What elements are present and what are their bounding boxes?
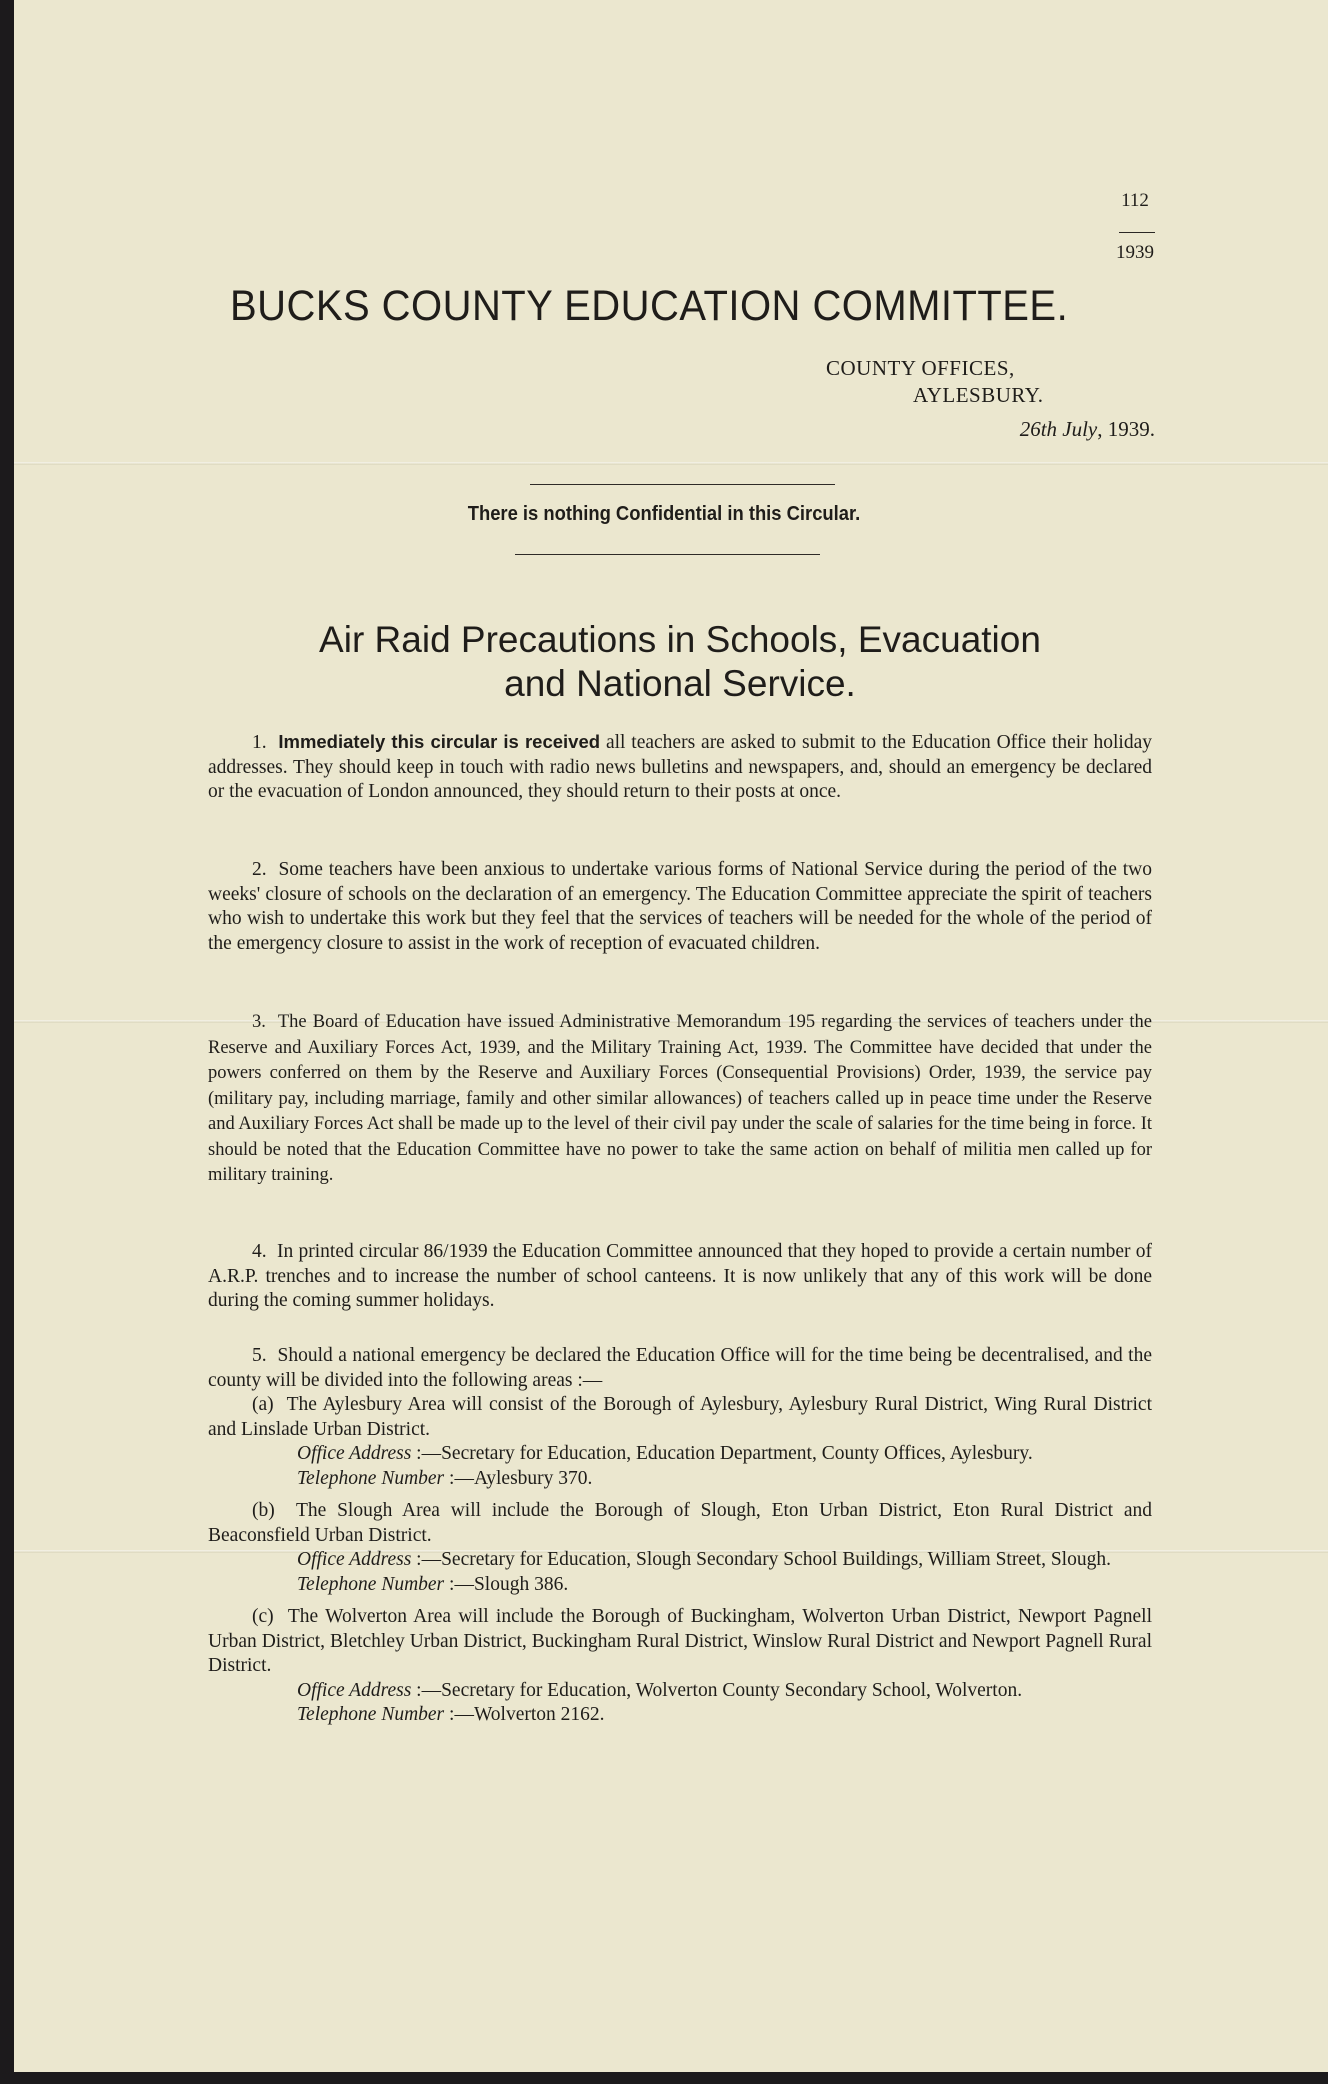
office-address: Office Address :—Secretary for Education… [208, 1442, 1152, 1467]
paragraph-number: 5. [252, 1345, 267, 1366]
paragraph-number: 4. [252, 1241, 267, 1262]
area-description: The Wolverton Area will include the Boro… [208, 1606, 1152, 1676]
paragraph-3: 3. The Board of Education have issued Ad… [208, 1010, 1152, 1189]
paragraph-text: Should a national emergency be declared … [208, 1345, 1152, 1391]
address-line-2: AYLESBURY. [913, 383, 1043, 408]
area-letter: (b) [252, 1500, 275, 1521]
paragraph-text: Some teachers have been anxious to under… [208, 859, 1152, 954]
area-letter: (a) [252, 1394, 274, 1415]
office-address: Office Address :—Secretary for Education… [208, 1679, 1152, 1704]
paragraph-5: 5. Should a national emergency be declar… [208, 1344, 1152, 1728]
telephone-number: Telephone Number :—Aylesbury 370. [208, 1467, 1152, 1492]
area-c: (c) The Wolverton Area will include the … [208, 1605, 1152, 1728]
date-year: , 1939. [1097, 417, 1155, 441]
confidentiality-notice: There is nothing Confidential in this Ci… [53, 503, 1275, 526]
area-b: (b) The Slough Area will include the Bor… [208, 1499, 1152, 1597]
area-letter: (c) [252, 1606, 274, 1627]
circular-title: Air Raid Precautions in Schools, Evacuat… [0, 618, 1328, 706]
area-description: The Slough Area will include the Borough… [208, 1500, 1152, 1546]
telephone-number: Telephone Number :—Slough 386. [208, 1573, 1152, 1598]
paragraph-text: The Board of Education have issued Admin… [208, 1012, 1152, 1185]
paragraph-text: In printed circular 86/1939 the Educatio… [208, 1241, 1152, 1311]
area-a: (a) The Aylesbury Area will consist of t… [208, 1393, 1152, 1491]
paragraph-number: 3. [252, 1012, 266, 1032]
reference-year: 1939 [1115, 242, 1155, 264]
address-line-1: COUNTY OFFICES, [826, 356, 1015, 381]
divider-bottom [515, 554, 820, 555]
paragraph-1: 1. Immediately this circular is received… [208, 730, 1152, 805]
paragraph-bold-lead: Immediately this circular is received [278, 731, 600, 752]
paragraph-4: 4. In printed circular 86/1939 the Educa… [208, 1240, 1152, 1314]
reference-divider [1119, 232, 1155, 233]
title-line-2: and National Service. [0, 662, 1328, 706]
divider-top [530, 484, 835, 485]
fold-line [14, 462, 1328, 465]
paragraph-number: 1. [252, 732, 267, 753]
reference-number: 112 [1115, 190, 1155, 212]
paragraph-number: 2. [252, 859, 267, 880]
area-description: The Aylesbury Area will consist of the B… [208, 1394, 1152, 1440]
telephone-number: Telephone Number :—Wolverton 2162. [208, 1703, 1152, 1728]
paragraph-2: 2. Some teachers have been anxious to un… [208, 858, 1152, 956]
office-address: Office Address :—Secretary for Education… [208, 1548, 1152, 1573]
circular-date: 26th July, 1939. [1020, 417, 1155, 442]
organisation-heading: BUCKS COUNTY EDUCATION COMMITTEE. [230, 282, 1068, 331]
title-line-1: Air Raid Precautions in Schools, Evacuat… [0, 618, 1328, 662]
date-day: 26th July [1020, 417, 1098, 441]
